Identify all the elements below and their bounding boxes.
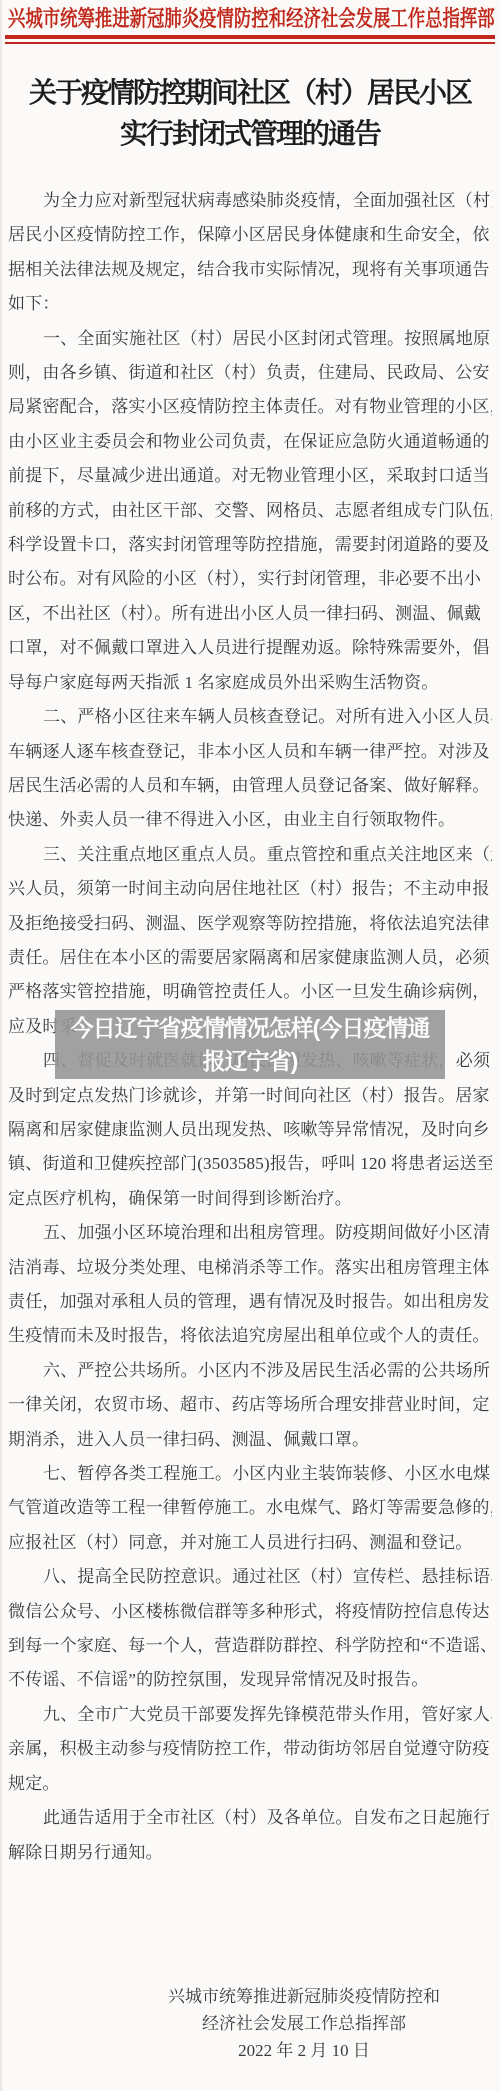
header-org-banner: 兴城市统筹推进新冠肺炎疫情防控和经济社会发展工作总指挥部 — [0, 0, 500, 31]
scan-edge-shadow — [0, 0, 3, 2091]
watermark-overlay-title: 今日辽宁省疫情情况怎样(今日疫情通 报辽宁省) — [55, 1010, 445, 1079]
notice-title-line-2: 实行封闭式管理的通告 — [0, 114, 500, 155]
paragraph-item-2: 二、严格小区往来车辆人员核查登记。对所有进入小区人员、 车辆逐人逐车核查登记，非… — [8, 700, 492, 838]
paragraph-intro: 为全力应对新型冠状病毒感染肺炎疫情，全面加强社区（村） 居民小区疫情防控工作，保… — [8, 184, 492, 322]
signature-org-line-1: 兴城市统筹推进新冠肺炎疫情防控和 — [158, 1983, 450, 2010]
paragraph-item-8: 八、提高全民防控意识。通过社区（村）宣传栏、悬挂标语、 微信公众号、小区楼栋微信… — [8, 1560, 492, 1698]
notice-title-line-1: 关于疫情防控期间社区（村）居民小区 — [0, 73, 500, 114]
watermark-line-2: 报辽宁省) — [55, 1045, 445, 1078]
signature-date: 2022 年 2 月 10 日 — [158, 2037, 450, 2064]
paragraph-closing: 此通告适用于全市社区（村）及各单位。自发布之日起施行， 解除日期另行通知。 — [8, 1801, 492, 1870]
paragraph-item-5: 五、加强小区环境治理和出租房管理。防疫期间做好小区清 洁消毒、垃圾分类处理、电梯… — [8, 1216, 492, 1354]
double-rule-thin-line — [5, 42, 495, 44]
paragraph-item-7: 七、暂停各类工程施工。小区内业主装饰装修、小区水电煤 气管道改造等工程一律暂停施… — [8, 1457, 492, 1560]
paragraph-item-9: 九、全市广大党员干部要发挥先锋模范带头作用，管好家人、 亲属，积极主动参与疫情防… — [8, 1698, 492, 1801]
signature-block: 兴城市统筹推进新冠肺炎疫情防控和 经济社会发展工作总指挥部 2022 年 2 月… — [158, 1983, 450, 2064]
paragraph-item-6: 六、严控公共场所。小区内不涉及居民生活必需的公共场所 一律关闭，农贸市场、超市、… — [8, 1354, 492, 1457]
watermark-line-1: 今日辽宁省疫情情况怎样(今日疫情通 — [55, 1012, 445, 1045]
double-rule — [5, 35, 495, 44]
header-org-banner-text: 兴城市统筹推进新冠肺炎疫情防控和经济社会发展工作总指挥部 — [8, 7, 495, 31]
signature-org-line-2: 经济社会发展工作总指挥部 — [158, 2010, 450, 2037]
paragraph-item-1: 一、全面实施社区（村）居民小区封闭式管理。按照属地原 则，由各乡镇、街道和社区（… — [8, 322, 492, 700]
notice-title: 关于疫情防控期间社区（村）居民小区 实行封闭式管理的通告 — [0, 73, 500, 155]
